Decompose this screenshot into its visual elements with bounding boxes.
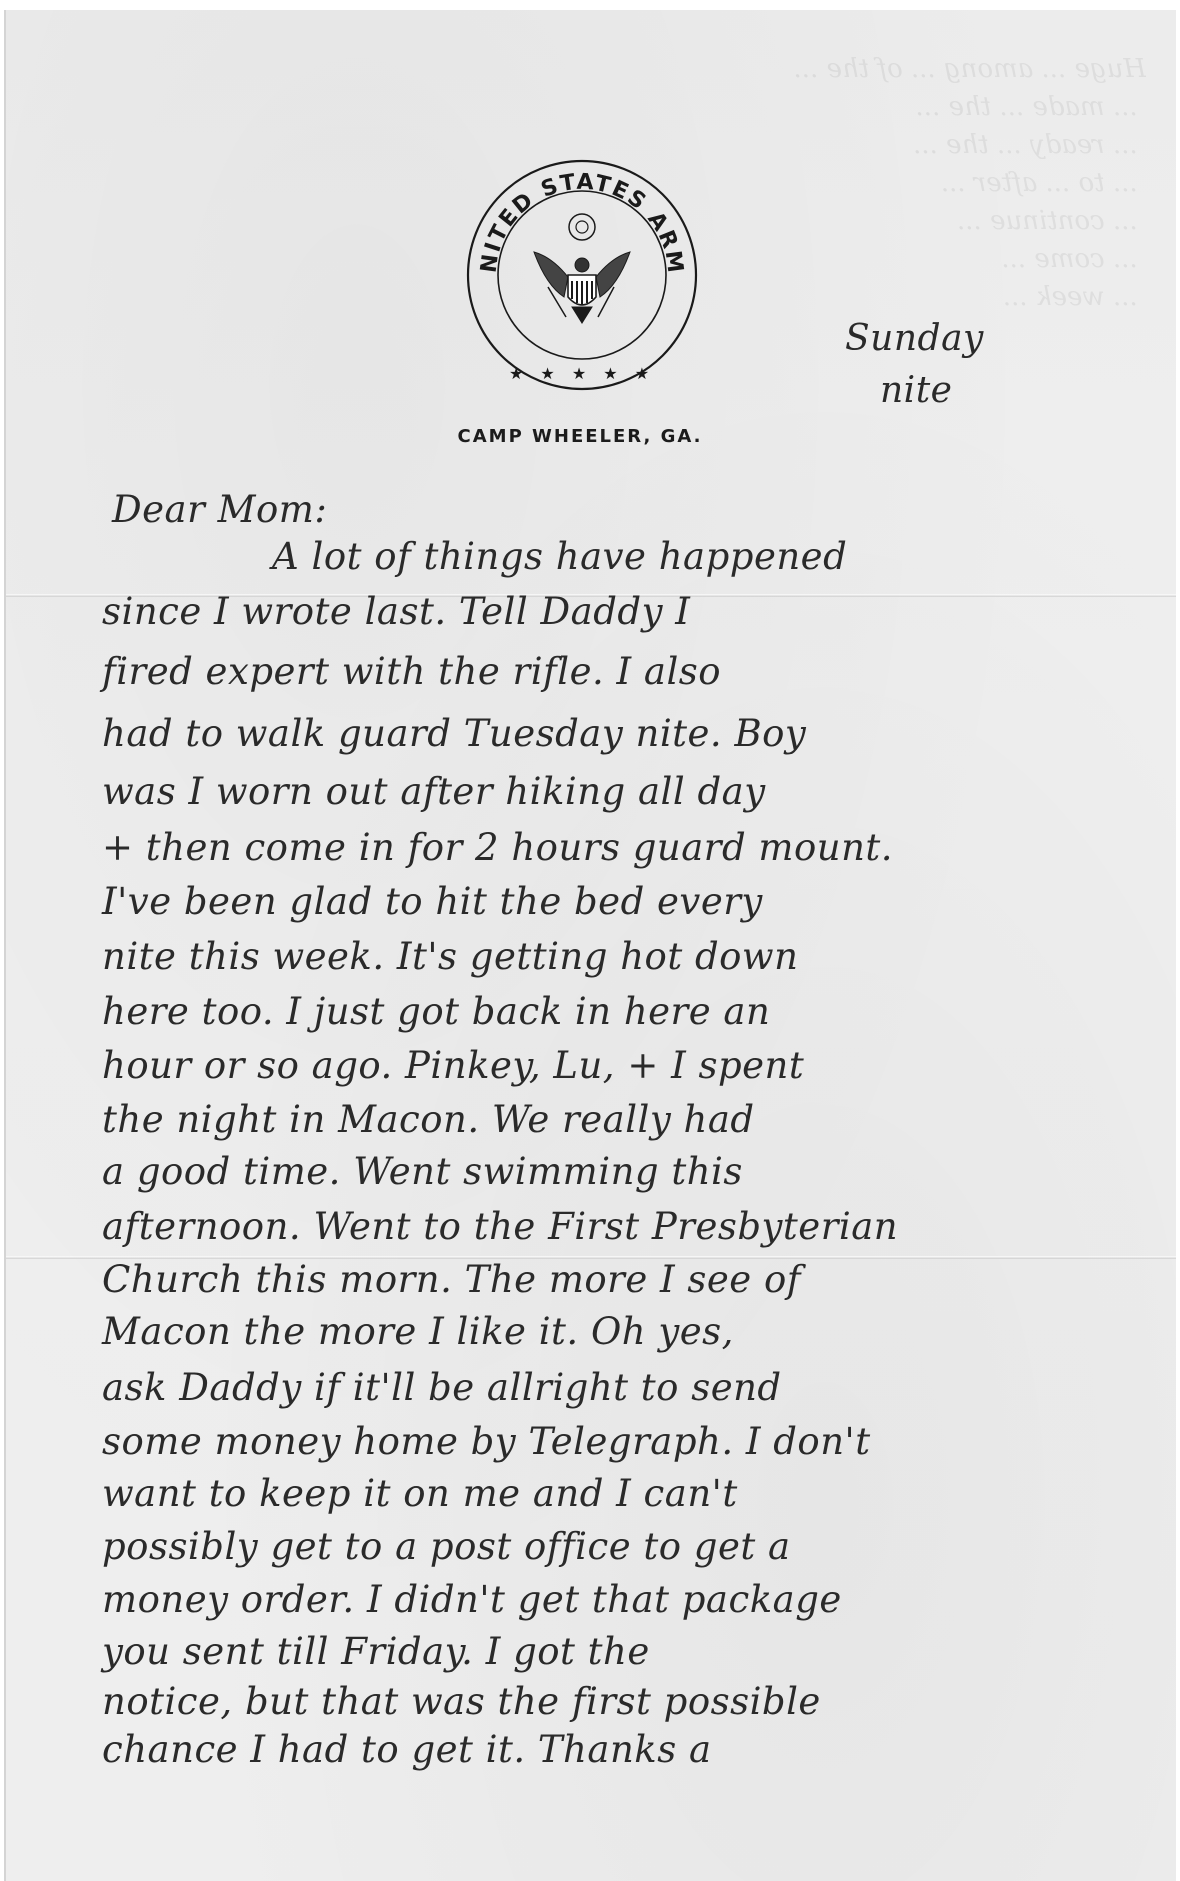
letter-line: had to walk guard Tuesday nite. Boy [102, 712, 806, 755]
letter-line: nite this week. It's getting hot down [102, 935, 798, 978]
letter-line: the night in Macon. We really had [102, 1098, 755, 1141]
letterhead-location: CAMP WHEELER, GA. [410, 426, 750, 447]
letter-line: want to keep it on me and I can't [102, 1472, 738, 1515]
letter-line: here too. I just got back in here an [102, 990, 770, 1033]
letter-line: notice, but that was the first possible [102, 1680, 821, 1723]
letter-line: + then come in for 2 hours guard mount. [102, 826, 893, 869]
letter-line: was I worn out after hiking all day [102, 770, 766, 813]
letter-line: I've been glad to hit the bed every [102, 880, 763, 923]
letter-line: since I wrote last. Tell Daddy I [102, 590, 690, 633]
date-time: nite [880, 370, 952, 411]
letter-line: hour or so ago. Pinkey, Lu, + I spent [102, 1044, 804, 1087]
eagle-great-seal-icon: UNITED STATES ARMY ★ ★ ★ ★ ★ [464, 157, 700, 393]
letter-line: you sent till Friday. I got the [102, 1630, 650, 1673]
letter-line: chance I had to get it. Thanks a [102, 1728, 712, 1771]
svg-text:★ ★ ★ ★ ★: ★ ★ ★ ★ ★ [509, 364, 655, 383]
date-day: Sunday [845, 318, 984, 359]
letter-line: a good time. Went swimming this [102, 1150, 743, 1193]
letter-line: fired expert with the rifle. I also [102, 650, 721, 693]
letter-line: some money home by Telegraph. I don't [102, 1420, 871, 1463]
salutation: Dear Mom: [112, 488, 327, 531]
letter-line: ask Daddy if it'll be allright to send [102, 1366, 782, 1409]
svg-text:UNITED STATES ARMY: UNITED STATES ARMY [464, 157, 688, 276]
letter-line: money order. I didn't get that package [102, 1578, 842, 1621]
letter-line: Church this morn. The more I see of [102, 1258, 801, 1301]
letter-line: possibly get to a post office to get a [102, 1525, 791, 1568]
letter-line: Macon the more I like it. Oh yes, [102, 1310, 734, 1353]
letter-line: A lot of things have happened [272, 535, 847, 578]
letter-line: afternoon. Went to the First Presbyteria… [102, 1205, 898, 1248]
